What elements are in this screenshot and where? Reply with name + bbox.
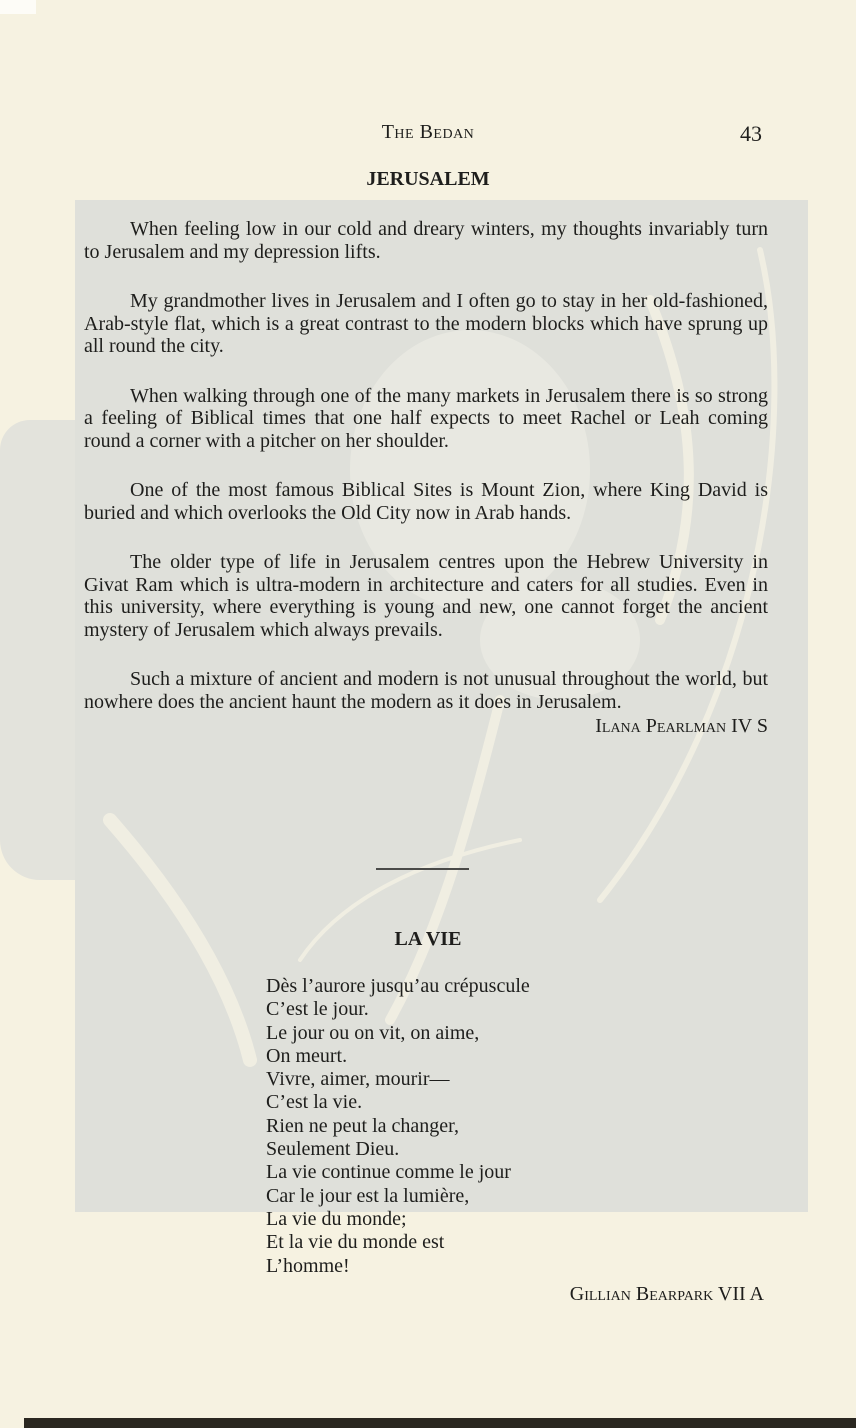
paragraph: The older type of life in Jerusalem cent… [84, 551, 768, 641]
page-number: 43 [740, 121, 762, 147]
paragraph: One of the most famous Biblical Sites is… [84, 479, 768, 524]
poem-line: Seulement Dieu. [266, 1138, 530, 1161]
poem-line: Rien ne peut la changer, [266, 1115, 530, 1138]
paragraph: When feeling low in our cold and dreary … [84, 218, 768, 263]
article-body: When feeling low in our cold and dreary … [84, 218, 768, 738]
poem-byline: Gillian Bearpark VII A [570, 1283, 764, 1306]
scan-corner [0, 0, 36, 14]
publication-title: The Bedan [0, 121, 856, 144]
poem-line: On meurt. [266, 1045, 530, 1068]
section-divider [376, 868, 469, 870]
poem-line: C’est le jour. [266, 998, 530, 1021]
poem-line: L’homme! [266, 1255, 530, 1278]
poem-line: Car le jour est la lumière, [266, 1185, 530, 1208]
poem-line: La vie du monde; [266, 1208, 530, 1231]
poem-line: Dès l’aurore jusqu’au crépuscule [266, 975, 530, 998]
poem-body: Dès l’aurore jusqu’au crépuscule C’est l… [266, 975, 530, 1278]
article-byline: Ilana Pearlman IV S [84, 715, 768, 738]
poem-line: Et la vie du monde est [266, 1231, 530, 1254]
paragraph: When walking through one of the many mar… [84, 385, 768, 453]
poem-line: C’est la vie. [266, 1091, 530, 1114]
poem-line: La vie continue comme le jour [266, 1161, 530, 1184]
paragraph: Such a mixture of ancient and modern is … [84, 668, 768, 713]
article-title: JERUSALEM [0, 168, 856, 191]
poem-line: Le jour ou on vit, on aime, [266, 1022, 530, 1045]
background-shape [0, 420, 80, 880]
paragraph: My grandmother lives in Jerusalem and I … [84, 290, 768, 358]
page-edge-shadow [24, 1418, 856, 1428]
poem-title: LA VIE [0, 928, 856, 951]
poem-line: Vivre, aimer, mourir— [266, 1068, 530, 1091]
